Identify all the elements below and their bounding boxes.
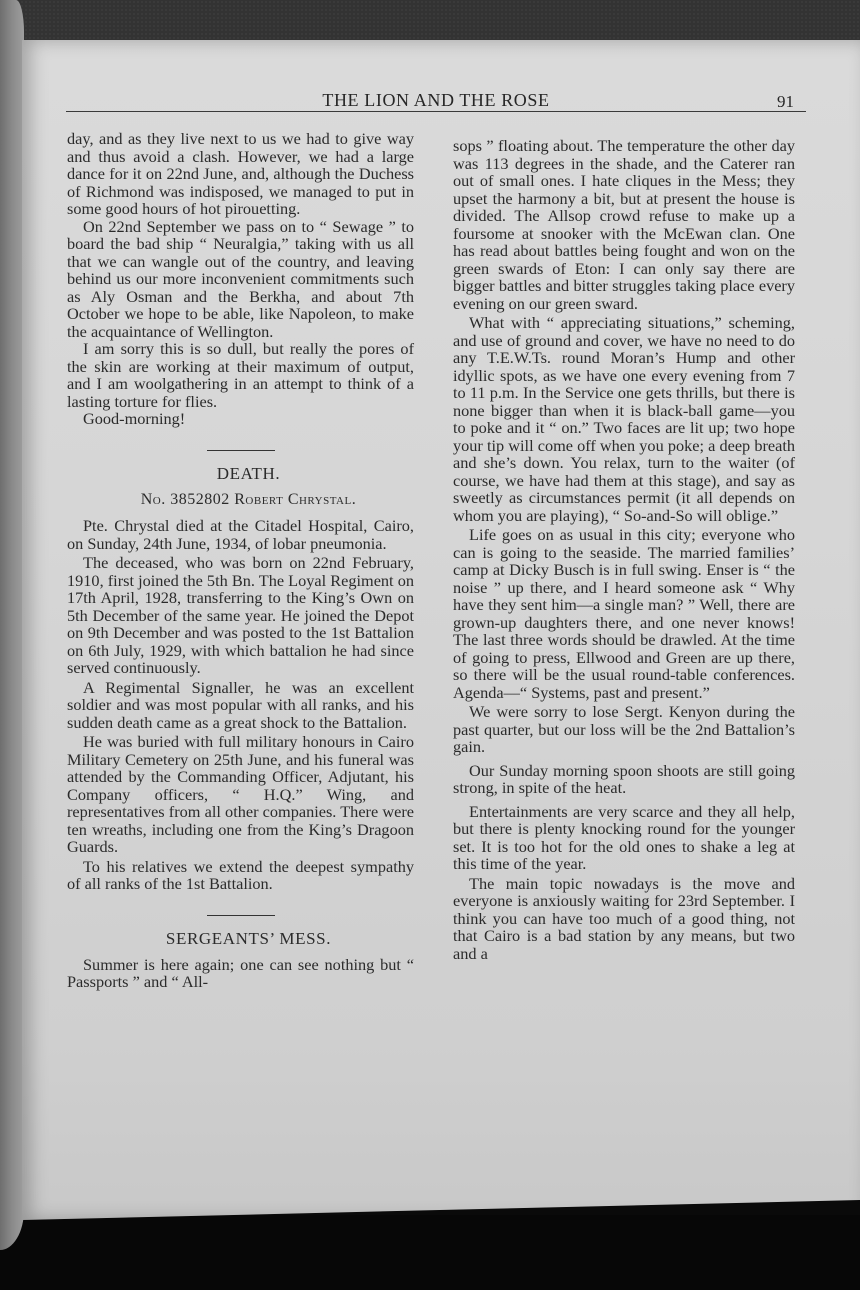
paragraph: The deceased, who was born on 22nd Febru… (67, 554, 414, 677)
book-spine (0, 0, 24, 1250)
paragraph: To his relatives we extend the deepest s… (67, 858, 414, 893)
section-divider (207, 915, 275, 917)
section-heading-death: DEATH. (67, 465, 414, 483)
background-bottom (0, 1215, 860, 1290)
running-title: THE LION AND THE ROSE (66, 90, 806, 111)
section-divider (207, 450, 275, 452)
section-heading-sergeants-mess: SERGEANTS’ MESS. (67, 930, 414, 948)
continued-paragraph: day, and as they live next to us we had … (67, 130, 414, 218)
paragraph: Life goes on as usual in this city; ever… (453, 526, 795, 701)
paragraph: I am sorry this is so dull, but really t… (67, 340, 414, 410)
paragraph: What with “ appreciating situations,” sc… (453, 314, 795, 524)
paragraph: The main topic nowadays is the move and … (453, 875, 795, 963)
paragraph: Summer is here again; one can see nothin… (67, 956, 414, 991)
paragraph: A Regimental Signaller, he was an excell… (67, 679, 414, 732)
paragraph: Pte. Chrystal died at the Citadel Hospit… (67, 517, 414, 552)
background-top (0, 0, 860, 42)
page-number: 91 (777, 92, 794, 112)
closing-line: Good-morning! (67, 410, 414, 428)
running-header: THE LION AND THE ROSE 91 (66, 90, 806, 112)
paragraph: We were sorry to lose Sergt. Kenyon duri… (453, 703, 795, 756)
paragraph: Entertainments are very scarce and they … (453, 803, 795, 873)
obituary-subheading: No. 3852802 Robert Chrystal. (67, 491, 414, 509)
left-column: day, and as they live next to us we had … (67, 130, 414, 991)
paragraph: He was buried with full military honours… (67, 733, 414, 856)
continued-paragraph: sops ” floating about. The temperature t… (453, 137, 795, 312)
right-column: sops ” floating about. The temperature t… (453, 137, 795, 962)
paragraph: On 22nd September we pass on to “ Sewage… (67, 218, 414, 341)
paragraph: Our Sunday morning spoon shoots are stil… (453, 762, 795, 797)
